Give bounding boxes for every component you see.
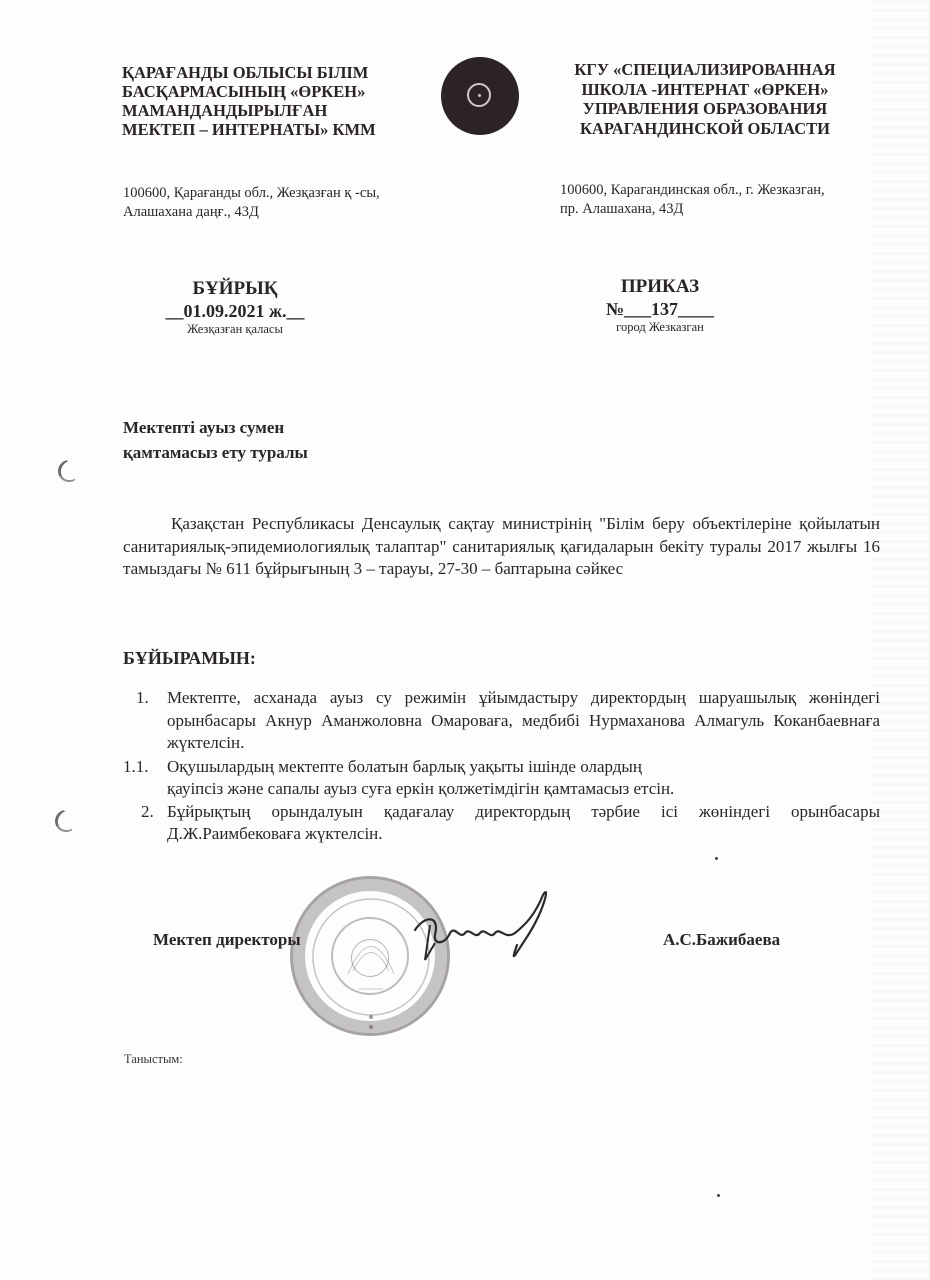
- address-ru: 100600, Карагандинская обл., г. Жезказга…: [560, 181, 890, 219]
- scan-speck: [717, 1194, 720, 1197]
- org-name-kz: ҚАРАҒАНДЫ ОБЛЫСЫ БІЛІМ БАСҚАРМАСЫНЫҢ «ӨР…: [122, 63, 442, 139]
- emblem-center: [478, 94, 481, 97]
- org-line: БАСҚАРМАСЫНЫҢ «ӨРКЕН»: [122, 82, 442, 101]
- item-text: қауіпсіз және сапалы ауыз суға еркін қол…: [167, 778, 880, 801]
- org-line: ШКОЛА -ИНТЕРНАТ «ӨРКЕН»: [560, 80, 850, 100]
- order-block-kz: БҰЙРЫҚ __01.09.2021 ж.__ Жезқазған қалас…: [140, 278, 330, 336]
- list-item: 1. Мектепте, асханада ауыз су режимін ұй…: [123, 687, 880, 755]
- preamble-paragraph: Қазақстан Республикасы Денсаулық сақтау …: [123, 513, 880, 581]
- signatory-role: Мектеп директоры: [153, 930, 301, 950]
- org-line: МАМАНДАНДЫРЫЛҒАН: [122, 101, 442, 120]
- order-block-ru: ПРИКАЗ №___137____ город Жезказган: [580, 276, 740, 334]
- order-city-kz: Жезқазған қаласы: [140, 322, 330, 336]
- item-text: Мектепте, асханада ауыз су режимін ұйымд…: [167, 688, 880, 752]
- signatory-name: А.С.Бажибаева: [663, 930, 780, 950]
- org-line: КГУ «СПЕЦИАЛИЗИРОВАННАЯ: [560, 60, 850, 80]
- org-line: ҚАРАҒАНДЫ ОБЛЫСЫ БІЛІМ: [122, 63, 442, 82]
- state-emblem-icon: [441, 57, 519, 135]
- order-subject: Мектепті ауыз сумен қамтамасыз ету турал…: [123, 415, 423, 465]
- order-date: __01.09.2021 ж.__: [140, 300, 330, 322]
- list-item: 1.1. Оқушылардың мектепте болатын барлық…: [123, 756, 880, 801]
- order-items-list: 1. Мектепте, асханада ауыз су режимін ұй…: [123, 687, 880, 846]
- list-item: 2. Бұйрықтың орындалуын қадағалау директ…: [123, 801, 880, 846]
- signature-icon: [405, 885, 565, 995]
- item-number: 2.: [141, 801, 154, 824]
- acknowledged-label: Таныстым:: [124, 1052, 183, 1067]
- order-title-ru: ПРИКАЗ: [580, 276, 740, 298]
- org-line: МЕКТЕП – ИНТЕРНАТЫ» КММ: [122, 120, 442, 139]
- subject-line: қамтамасыз ету туралы: [123, 440, 423, 465]
- address-kz: 100600, Қарағанды обл., Жезқазған қ -сы,…: [123, 184, 453, 222]
- org-name-ru: КГУ «СПЕЦИАЛИЗИРОВАННАЯ ШКОЛА -ИНТЕРНАТ …: [560, 60, 850, 138]
- order-number: №___137____: [580, 298, 740, 320]
- address-line: 100600, Қарағанды обл., Жезқазған қ -сы,: [123, 184, 453, 203]
- address-line: Алашахана даңғ., 43Д: [123, 203, 453, 222]
- org-line: КАРАГАНДИНСКОЙ ОБЛАСТИ: [560, 119, 850, 139]
- address-line: 100600, Карагандинская обл., г. Жезказга…: [560, 181, 890, 200]
- punch-hole-mark: [52, 807, 80, 835]
- ordered-heading: БҰЙЫРАМЫН:: [123, 648, 256, 669]
- punch-hole-mark: [55, 457, 83, 485]
- item-text: Оқушылардың мектепте болатын барлық уақы…: [167, 756, 880, 779]
- org-line: УПРАВЛЕНИЯ ОБРАЗОВАНИЯ: [560, 99, 850, 119]
- item-number: 1.: [136, 687, 149, 710]
- item-text: Бұйрықтың орындалуын қадағалау директорд…: [167, 802, 880, 844]
- order-title-kz: БҰЙРЫҚ: [140, 278, 330, 300]
- stamp-center-ring: [351, 939, 389, 977]
- address-line: пр. Алашахана, 43Д: [560, 200, 890, 219]
- scan-speck: [715, 857, 718, 860]
- subject-line: Мектепті ауыз сумен: [123, 415, 423, 440]
- item-number: 1.1.: [123, 756, 149, 779]
- document-page: ҚАРАҒАНДЫ ОБЛЫСЫ БІЛІМ БАСҚАРМАСЫНЫҢ «ӨР…: [0, 0, 930, 1280]
- order-city-ru: город Жезказган: [580, 320, 740, 334]
